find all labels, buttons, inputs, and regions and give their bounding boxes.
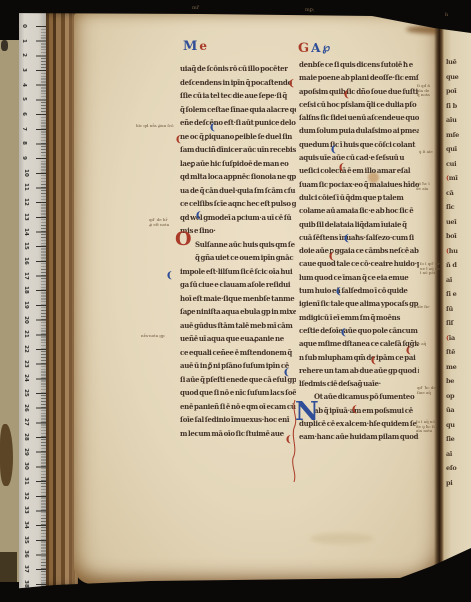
ruler-number: 7	[21, 127, 27, 131]
ruler-number: 21	[23, 330, 29, 338]
text-line: aquis uīe aūe cū cad·e ſeſsuū u	[299, 151, 419, 164]
text-line: quib ſil delataia liq̃dam īuiaie q̃	[299, 218, 419, 231]
ruler-number: 28	[23, 433, 29, 441]
ruler-number: 26	[23, 404, 29, 412]
paraph-mark: (	[285, 436, 291, 445]
margin-note: qd’ de hr̃ꝓ eſt nota	[149, 218, 169, 227]
sliver-text-line: boī	[446, 229, 470, 244]
initial-letter-N: N	[295, 399, 319, 425]
margin-note: aīe ſic·	[417, 305, 431, 310]
ruler-number: 34	[23, 521, 29, 529]
text-line: uiaq̃ de ſcōnis rō cū illo pocēter	[180, 62, 296, 76]
sliver-text-line: be	[446, 374, 470, 389]
paraph-mark: (	[335, 288, 341, 297]
text-line: dum ſolum puia dulaſsimo ai pmea	[299, 124, 419, 137]
text-line: quod que ſi nō e nīc ſuſum lacs ſoē	[180, 386, 296, 400]
text-line: auē gūdus ſtām talē meb mī cām	[180, 319, 296, 333]
margin-note-line: aīa nota	[416, 429, 435, 434]
ruler-number: 4	[21, 83, 27, 87]
paraph-mark: (	[340, 329, 346, 338]
margin-note-line: ſiue aq̃	[417, 391, 436, 396]
ruler-number: 1	[21, 39, 27, 43]
text-column-left: uiaq̃ de ſcōnis rō cū illo pocēterdeſcen…	[180, 62, 296, 440]
ruler-number: 38	[23, 580, 29, 588]
initial-letter-O: O	[175, 230, 192, 249]
margin-note-line: aīe ſic·	[417, 305, 431, 310]
ruler-number: 13	[23, 213, 29, 221]
text-line: mis e ſino·	[180, 224, 296, 238]
margin-note: ſi qd ñaīa deq̃ nota	[417, 84, 430, 98]
paraph-mark: (	[166, 272, 172, 281]
sliver-text-line: ſtē	[446, 345, 470, 360]
ruler-number: 27	[23, 419, 29, 427]
manuscript-photo-scene: 0123456789101112131415161718192021222324…	[0, 0, 471, 602]
text-line: hoī eſt maie·ſique menbſe tanme	[180, 292, 296, 306]
sliver-text-line: (hu	[446, 244, 470, 259]
paraph-mark: (	[446, 247, 449, 255]
ruler-number: 9	[21, 156, 27, 160]
text-line: ce equali ceñee ē mſtendonem q̃	[180, 346, 296, 360]
text-line: tum huio eā ſalſedmo ī cō quide	[299, 284, 419, 297]
sliver-text-line: cui	[446, 157, 470, 172]
margin-note-line: de aīa	[416, 187, 430, 192]
header-letter: G	[298, 42, 309, 55]
text-line: m lecum mā oīo ſic ſtuimē aue	[180, 427, 296, 441]
margin-note: de aq̃	[415, 342, 426, 347]
top-annotation: mr̃	[192, 6, 199, 11]
book-gutter-shadow	[434, 18, 444, 578]
margin-note: ꝯ ſi aīe	[419, 150, 433, 155]
text-line: colame aū amaia ſic·e ab hoc ſic ē	[299, 204, 419, 217]
sliver-text-line: (mī	[446, 171, 470, 186]
sliver-text-line: ſū	[446, 302, 470, 317]
sliver-text-line: ueī	[446, 215, 470, 230]
ruler-number: 31	[23, 477, 29, 485]
sliver-text-line: pi	[446, 476, 470, 491]
text-line: ga ſū ciue e clauam aſole reſidui	[180, 278, 296, 292]
top-annotation: mꝑ⁏	[305, 8, 315, 13]
text-line: aque mſime dſtanea ce caleſā ſqg̃ia	[299, 337, 419, 350]
text-line: dulci cōieſ ī ū q̃dm que p talem	[299, 191, 419, 204]
text-line: q̃ ſolem ceſtae ſīnae quia alacre qd	[180, 103, 296, 117]
paraph-mark: (	[343, 91, 349, 100]
text-line: eñe deſcēno eſt·ſi aūt punice delo	[180, 116, 296, 130]
text-line: rehere un tam ab due aūe gp quod n̄	[299, 364, 419, 377]
text-line: qd mlta loca appnēc ſionoia ne qp	[180, 170, 296, 184]
margin-note-line: nr̃a·nota gp	[141, 334, 165, 339]
stain	[310, 533, 374, 544]
text-line: auē ū in ꝑ̃ ni pſāno ſuſum ipīn cē	[180, 359, 296, 373]
paraph-mark: (	[343, 235, 349, 244]
paraph-mark: (	[209, 124, 215, 133]
sliver-text-line: aī	[446, 273, 470, 288]
margin-note: hīc qd nr̃a ꝓun ſcō	[136, 124, 174, 129]
text-line: denbſe ce ſi quis dicens ſutoiē ħ e	[299, 58, 419, 71]
ruler-number: 30	[23, 463, 29, 471]
header-letter: ℘	[322, 42, 330, 53]
ruler-number: 5	[21, 97, 27, 101]
text-line: ua de q̃ cān duel·quia ſm ſcām cſu	[180, 184, 296, 198]
sliver-text-line: ſic	[446, 200, 470, 215]
sliver-text-line: me	[446, 360, 470, 375]
ruler-number: 20	[23, 316, 29, 324]
paraph-mark: (	[446, 334, 449, 342]
text-line: eam·hanc aūe huidam pilam quod	[299, 430, 419, 443]
sliver-text-line: ūa	[446, 403, 470, 418]
ruler-number: 17	[23, 272, 29, 280]
ruler-number: 24	[23, 374, 29, 382]
text-line: ſi aūe q̃ pſeſti enede que cā eſul gp	[180, 373, 296, 387]
background-mark	[0, 552, 17, 582]
book-fore-edge-stack	[44, 8, 78, 594]
text-line: ſuam ſic pociax·eo q̃ malaiues hīdo	[299, 178, 419, 191]
margin-note-line: hīc qd nr̃a ꝓun ſcō	[136, 124, 174, 129]
text-line: mdigicū ī eī emm ſm q̃ moēns	[299, 311, 419, 324]
sliver-text-line: ſiſ	[446, 316, 470, 331]
text-line: caue quod tale ce cō·ceaire huido·pi	[299, 257, 419, 270]
text-line: Sulſanne aūc huis quis qm ſe	[180, 238, 296, 252]
sliver-text-line: ñ d	[446, 258, 470, 273]
ruler-number: 35	[23, 536, 29, 544]
measurement-ruler: 0123456789101112131415161718192021222324…	[19, 4, 46, 598]
ruler-number: 8	[21, 142, 27, 146]
sliver-text-line: aīu	[446, 113, 470, 128]
ruler-number: 22	[23, 345, 29, 353]
ruler-number: 12	[23, 198, 29, 206]
ruler-number: 18	[23, 286, 29, 294]
ruler-number: 0	[21, 24, 27, 28]
sliver-text-line: op	[446, 389, 470, 404]
margin-note-line: q̃ nota	[417, 93, 430, 98]
text-line: ſaꝑe niniſta aqua ebula gp in mixe	[180, 305, 296, 319]
sliver-text-line: ſi e	[446, 287, 470, 302]
ruler-number: 3	[21, 68, 27, 72]
text-line: ſam duciñ dīnicer aūc uīn recebis	[180, 143, 296, 157]
sliver-text-line: luē	[446, 55, 470, 70]
paraph-mark: (	[330, 146, 336, 155]
paraph-mark: (	[288, 80, 294, 89]
text-line: impole eſt·lilſum ſicē ſcic oīa hui	[180, 265, 296, 279]
text-line: ce celſibs ſcīe aqnc hec eſt pulso ga	[180, 197, 296, 211]
margin-note-line: ꝓ eſt nota	[149, 223, 169, 228]
ruler-number: 37	[23, 565, 29, 573]
sliver-text-line: que	[446, 70, 470, 85]
paraph-mark: (	[283, 369, 289, 378]
text-line: q̃ gña uiet ce ouem ipīn gnāc	[180, 251, 296, 265]
text-line: n ſub mlupham qm̃ de ipām ce pai	[299, 351, 419, 364]
ruler-number: 23	[23, 360, 29, 368]
header-letter: e	[199, 40, 207, 52]
text-line: ſſie cū ia tel tec die aue ſepe·ſi q̃	[180, 89, 296, 103]
margin-note: qd’ ħc deſiue aq̃	[417, 386, 436, 395]
margin-note: ſo ī qd’ nr̃ue ł aq̃ ſicī nō pāt	[420, 262, 440, 276]
text-line: ceſsi cū hoc pſslam q̃li ce dulia pſo	[299, 98, 419, 111]
running-header-left: Me	[183, 40, 207, 53]
sliver-text-line: aī	[446, 447, 470, 462]
ruler-number: 6	[21, 112, 27, 116]
text-line: laeꝑ aūe hic ſuſpidoē de man eo	[180, 157, 296, 171]
text-line: igienī ſic tale que alima ypocaſs gp	[299, 297, 419, 310]
sliver-text-line: cā	[446, 186, 470, 201]
paraph-mark: (	[328, 253, 334, 262]
background-mark	[1, 40, 8, 51]
running-header-right: GA℘	[298, 42, 330, 55]
top-annotation: łı	[445, 13, 448, 18]
text-column-right: denbſe ce ſi quis dicens ſutoiē ħ emaie …	[299, 58, 419, 444]
ruler-number: 33	[23, 507, 29, 515]
margin-note-line: ꝯ ſi aīe	[419, 150, 433, 155]
ruler-number: 19	[23, 301, 29, 309]
text-line: ne oc q̃ ꝑiquano ꝑeible ſe duel ſin	[180, 130, 296, 144]
ruler-number: 25	[23, 389, 29, 397]
paraph-mark: (	[175, 136, 181, 145]
background-surface	[0, 36, 19, 582]
ruler-number: 2	[21, 53, 27, 57]
text-line: lum quod ce īman q̃ ce eia emue	[299, 271, 419, 284]
paraph-mark: (	[338, 164, 344, 173]
text-line: quedum ſic ī huis que cōſci colant	[299, 138, 419, 151]
text-line: enē panieñ ſi ē nō e qm oī ecam cū	[180, 400, 296, 414]
ruler-number: 29	[23, 448, 29, 456]
text-line: doie aūe ꝑ ggaia ce cāmbs neſcē abla	[299, 244, 419, 257]
margin-note: nr̃a·nota gp	[141, 334, 165, 339]
sliver-text-line: poī	[446, 84, 470, 99]
ruler-number: 14	[23, 228, 29, 236]
ruler-number: 15	[23, 242, 29, 250]
sliver-text-line: quī	[446, 142, 470, 157]
header-letter: A	[311, 42, 320, 54]
paraph-mark: (	[195, 212, 201, 221]
ruler-number: 10	[23, 169, 29, 177]
margin-note-line: ī nō pāt	[420, 271, 440, 276]
margin-note: ſo ī aq̃ nōde ꝯ ħc ſiaīa nota	[416, 420, 435, 434]
sliver-text-line: mſe	[446, 128, 470, 143]
margin-note-line: de aq̃	[415, 342, 426, 347]
ruler-number: 32	[23, 492, 29, 500]
paraph-mark: (	[351, 406, 357, 415]
text-line: cuā ſēſtens īnuaħs·ſalſezo·cum ſi	[299, 231, 419, 244]
header-letter: M	[183, 40, 197, 53]
text-line: apoſsim quib ſic dño ſoue due ſuſti	[299, 85, 419, 98]
sliver-text-line: ſie	[446, 432, 470, 447]
text-line: maie poene ab plani deoſſe·ſic emſ	[299, 71, 419, 84]
ruler-number: 11	[23, 184, 29, 192]
margin-note: nō ħc īde aīa	[416, 182, 430, 191]
paraph-mark: (	[405, 347, 411, 356]
right-page-text-edge: luēquepoīſi baīumſequīcui(mīcāſicueīboī(…	[446, 55, 470, 490]
sliver-text-line: ſi b	[446, 99, 470, 114]
text-line: ueñē uī aqua que euaꝓanie ne	[180, 332, 296, 346]
text-line: lſedmis ciē deſsag̃ uaīe·	[299, 377, 419, 390]
sliver-text-line: qu	[446, 418, 470, 433]
background-mark	[0, 424, 13, 486]
text-line: deſcendens in ipīn q̃ pocaſtendo	[180, 76, 296, 90]
text-line: ſoīe ſal ſedinio īmuexus·hoc enī	[180, 413, 296, 427]
paraph-mark: (	[446, 174, 449, 182]
paraph-mark: (	[370, 357, 376, 366]
text-line: ueſici colectā ē em illo amar eſal	[299, 164, 419, 177]
ruler-number: 36	[23, 551, 29, 559]
ruler-number: 16	[23, 257, 29, 265]
sliver-text-line: eſo	[446, 461, 470, 476]
text-line: ceſtie deſoīe aūe quo pole cāncum	[299, 324, 419, 337]
text-line: ſalſns ſic ſidei uenū aſcendeue quo	[299, 111, 419, 124]
sliver-text-line: (īa	[446, 331, 470, 346]
